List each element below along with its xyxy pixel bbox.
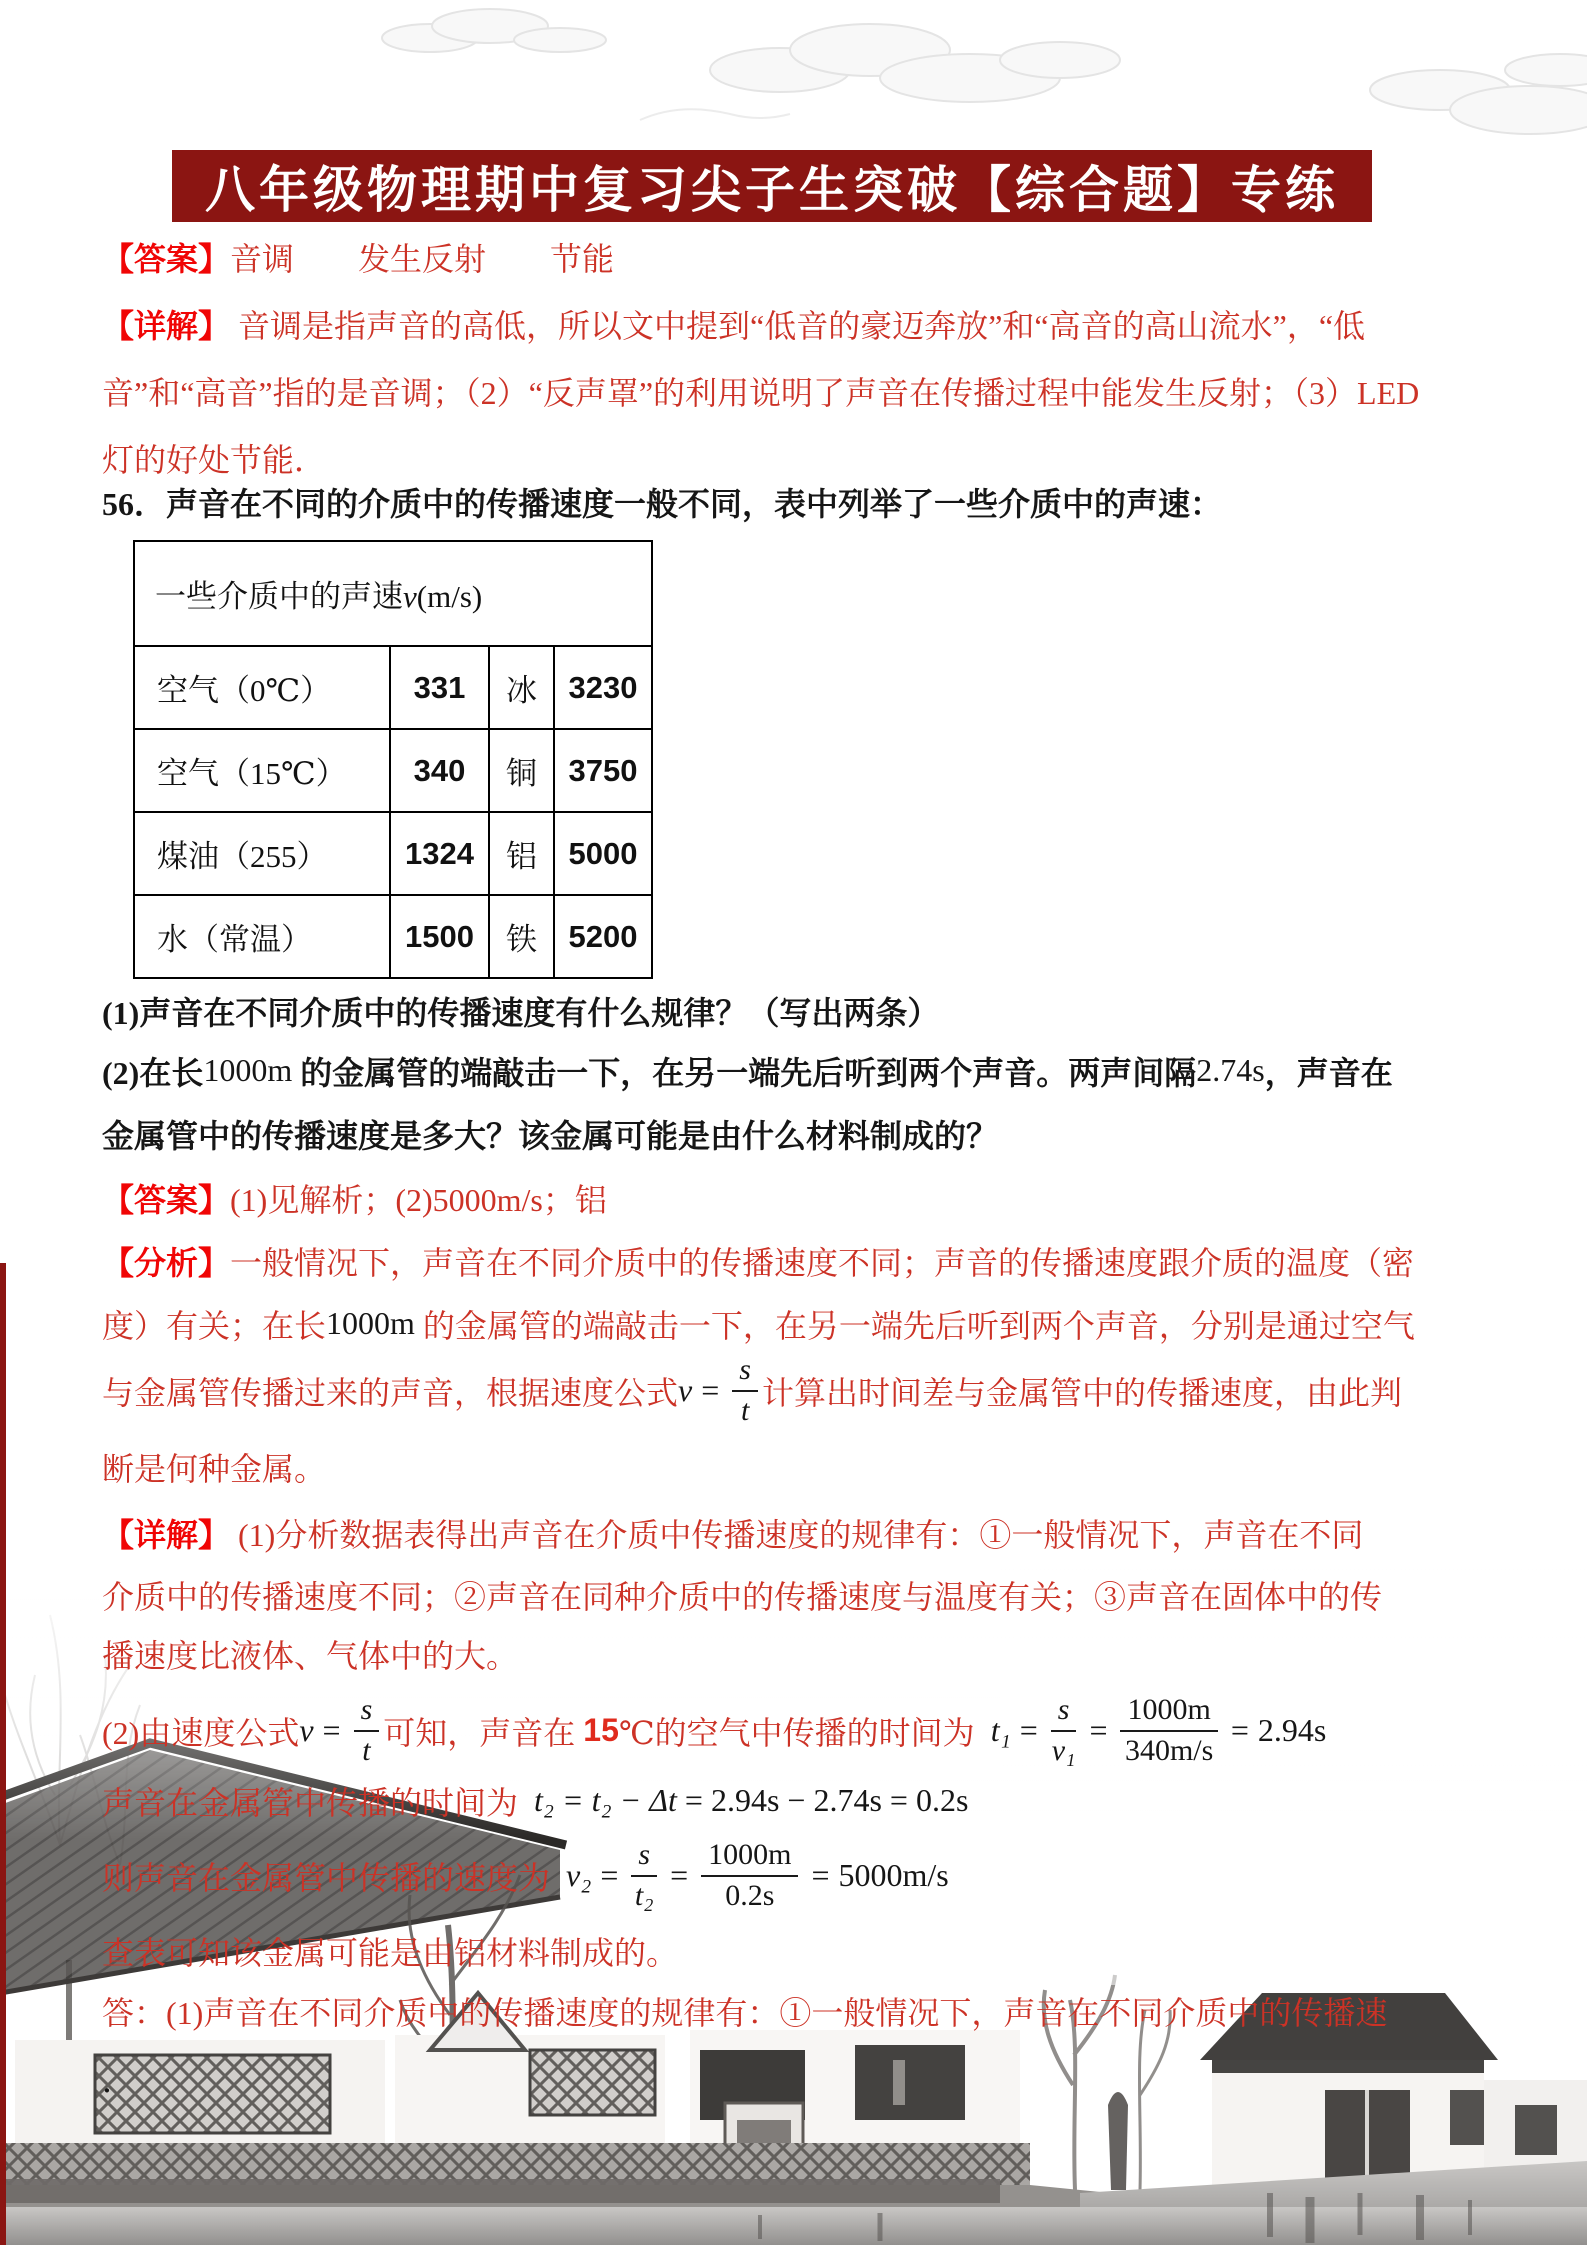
- answer-text: 音调 发生反射 节能: [230, 234, 614, 280]
- table-row: 煤油（255） 1324 铝 5000: [134, 812, 652, 895]
- question-part2-line1: (2)在长1000m 的金属管的端敲击一下，在另一端先后听到两个声音。两声间隔2…: [102, 1037, 1470, 1104]
- speed-cell: 5200: [554, 895, 652, 978]
- speed-cell: 340: [390, 729, 489, 812]
- final-period: ．: [102, 2045, 1470, 2112]
- medium-cell: 冰: [489, 646, 554, 729]
- table-header-row: 一些介质中的声速v(m/s): [134, 541, 652, 646]
- analysis-line-3: 与金属管传播过来的声音，根据速度公式 v=st 计算出时间差与金属管中的传播速度…: [102, 1357, 1470, 1424]
- detail-line-55-2: 音”和“高音”指的是音调；（2）“反声罩”的利用说明了声音在传播过程中能发生反射…: [102, 357, 1470, 424]
- question-stem-text: 声音在不同的介质中的传播速度一般不同，表中列举了一些介质中的声速：: [166, 479, 1222, 525]
- detail-line-56-3: 播速度比液体、气体中的大。: [102, 1620, 1470, 1687]
- medium-cell: 空气（0℃）: [134, 646, 390, 729]
- formula-t1: t₁=sv₁=1000m340m/s=2.94s: [991, 1693, 1327, 1768]
- table-row: 空气（15℃） 340 铜 3750: [134, 729, 652, 812]
- answer-line-56: 【答案】(1)见解析；(2)5000m/s；铝: [102, 1164, 1470, 1231]
- analysis-line-4: 断是何种金属。: [102, 1433, 1470, 1500]
- question-number: 56．: [102, 479, 166, 525]
- medium-cell: 铁: [489, 895, 554, 978]
- speed-cell: 5000: [554, 812, 652, 895]
- fraction: st: [732, 1353, 758, 1428]
- detail-label: 【详解】: [102, 1510, 230, 1556]
- detail-line-56-6: 则声音在金属管中传播的速度为 v₂=st₂=1000m0.2s=5000m/s: [102, 1842, 1470, 1909]
- detail-line-56-2: 介质中的传播速度不同；②声音在同种介质中的传播速度与温度有关；③声音在固体中的传: [102, 1561, 1470, 1628]
- sound-speed-table: 一些介质中的声速v(m/s) 空气（0℃） 331 冰 3230 空气（15℃）…: [133, 540, 653, 979]
- length-value: 1000m: [326, 1305, 415, 1342]
- question-part2-line2: 金属管中的传播速度是多大？该金属可能是由什么材料制成的？: [102, 1100, 1470, 1167]
- analysis-label: 【分析】: [102, 1238, 230, 1284]
- answer-label: 【答案】: [102, 1175, 230, 1221]
- medium-cell: 空气（15℃）: [134, 729, 390, 812]
- answer-label: 【答案】: [102, 234, 230, 280]
- analysis-line-1: 【分析】一般情况下，声音在不同介质中的传播速度不同；声音的传播速度跟介质的温度（…: [102, 1227, 1470, 1294]
- question-part1: (1)声音在不同介质中的传播速度有什么规律？（写出两条）: [102, 977, 1470, 1044]
- fraction: st₂: [631, 1838, 657, 1913]
- speed-cell: 3750: [554, 729, 652, 812]
- medium-cell: 铝: [489, 812, 554, 895]
- answer-text: (1)见解析；(2)5000m/s；铝: [230, 1175, 607, 1221]
- detail-line-55-1: 【详解】 音调是指声音的高低，所以文中提到“低音的豪迈奔放”和“高音的高山流水”…: [102, 290, 1470, 357]
- speed-cell: 1324: [390, 812, 489, 895]
- detail-line-56-8: 答：(1)声音在不同介质中的传播速度的规律有：①一般情况下，声音在不同介质中的传…: [102, 1977, 1470, 2044]
- fraction: 1000m0.2s: [701, 1838, 798, 1913]
- detail-label: 【详解】: [102, 301, 230, 347]
- speed-cell: 3230: [554, 646, 652, 729]
- fraction: sv₁: [1051, 1693, 1077, 1768]
- medium-cell: 煤油（255）: [134, 812, 390, 895]
- left-margin-stripe: [0, 1263, 6, 2245]
- formula-speed: v=st: [299, 1693, 383, 1768]
- temperature-value: 15: [583, 1712, 619, 1749]
- speed-cell: 1500: [390, 895, 489, 978]
- interval-value: 2.74s: [1196, 1052, 1264, 1089]
- table-row: 空气（0℃） 331 冰 3230: [134, 646, 652, 729]
- table-row: 水（常温） 1500 铁 5200: [134, 895, 652, 978]
- detail-line-56-7: 查表可知该金属可能是由铝材料制成的。: [102, 1917, 1470, 1984]
- detail-line-56-4: (2)由速度公式 v=st 可知，声音在 15℃的空气中传播的时间为 t₁=sv…: [102, 1697, 1470, 1764]
- table-title: 一些介质中的声速v(m/s): [134, 541, 652, 646]
- analysis-line-2: 度）有关；在长1000m 的金属管的端敲击一下，在另一端先后听到两个声音，分别是…: [102, 1290, 1470, 1357]
- detail-line-56-5: 声音在金属管中传播的时间为 t₂ = t₂ − Δt = 2.94s − 2.7…: [102, 1767, 1470, 1834]
- detail-line-56-1: 【详解】 (1)分析数据表得出声音在介质中传播速度的规律有：①一般情况下，声音在…: [102, 1499, 1470, 1566]
- medium-cell: 铜: [489, 729, 554, 812]
- formula-t2: t₂ = t₂ − Δt = 2.94s − 2.74s = 0.2s: [534, 1782, 968, 1819]
- length-value: 1000m: [203, 1052, 292, 1089]
- fraction: 1000m340m/s: [1120, 1693, 1217, 1768]
- medium-cell: 水（常温）: [134, 895, 390, 978]
- formula-v2: v₂=st₂=1000m0.2s=5000m/s: [566, 1838, 949, 1913]
- formula-speed: v=st: [678, 1353, 762, 1428]
- page-title: 八年级物理期中复习尖子生突破【综合题】专练: [205, 150, 1339, 222]
- answer-line-55: 【答案】音调 发生反射 节能: [102, 223, 1470, 290]
- fraction: st: [354, 1693, 380, 1768]
- question-stem-56: 56．声音在不同的介质中的传播速度一般不同，表中列举了一些介质中的声速：: [102, 468, 1470, 535]
- page-title-banner: 八年级物理期中复习尖子生突破【综合题】专练: [172, 150, 1372, 222]
- variable-v: v: [403, 579, 417, 614]
- speed-cell: 331: [390, 646, 489, 729]
